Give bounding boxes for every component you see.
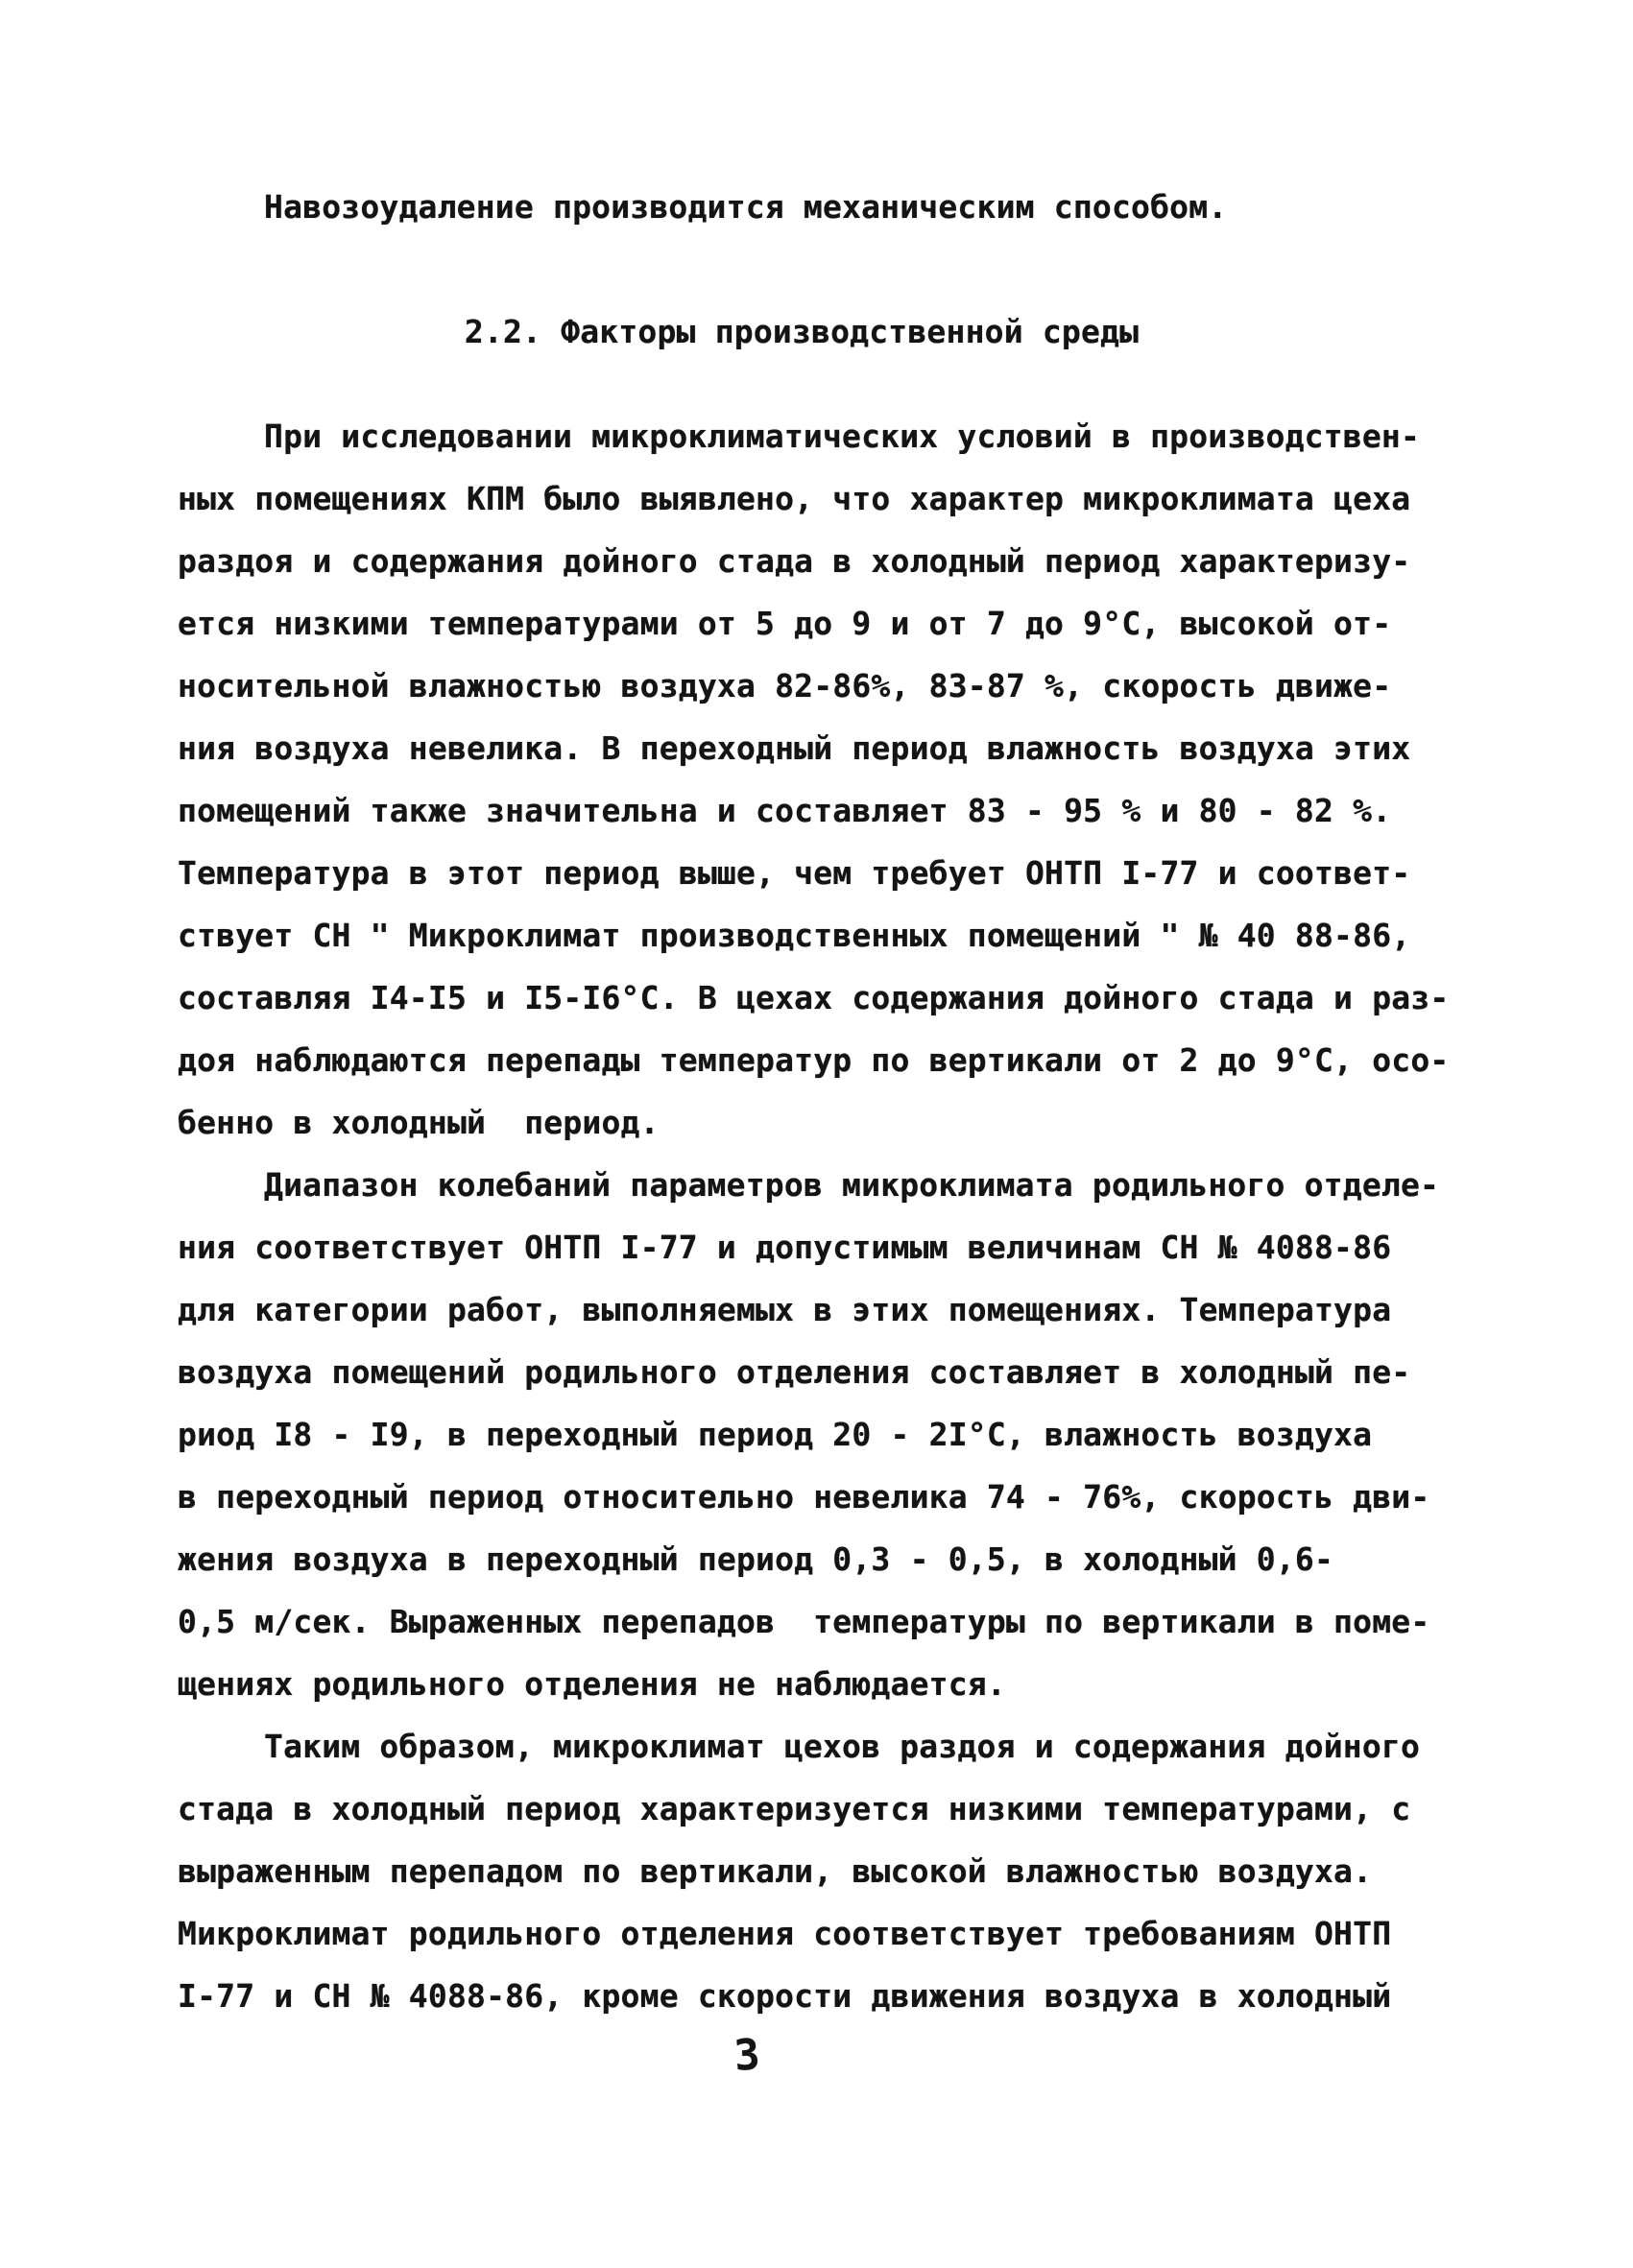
document-page: Навозоудаление производится механическим…	[0, 0, 1633, 2268]
text-line: щениях родильного отделения не наблюдает…	[178, 1653, 1454, 1715]
text-line: ется низкими температурами от 5 до 9 и о…	[178, 592, 1454, 655]
text-line: ствует СН " Микроклимат производственных…	[178, 904, 1454, 967]
section-heading: 2.2. Факторы производственной среды	[178, 309, 1426, 355]
text-line: выраженным перепадом по вертикали, высок…	[178, 1840, 1454, 1902]
text-line: для категории работ, выполняемых в этих …	[178, 1278, 1454, 1341]
text-line: ния воздуха невелика. В переходный перио…	[178, 717, 1454, 779]
page-number: 3	[732, 2026, 762, 2086]
text-line: 0,5 м/сек. Выраженных перепадов температ…	[178, 1590, 1454, 1653]
text-line: Диапазон колебаний параметров микроклима…	[178, 1154, 1454, 1216]
text-line: Таким образом, микроклимат цехов раздоя …	[178, 1715, 1454, 1778]
text-line: носительной влажностью воздуха 82-86%, 8…	[178, 655, 1454, 717]
text-line: Микроклимат родильного отделения соответ…	[178, 1902, 1454, 1965]
text-line: ния соответствует ОНТП I-77 и допустимым…	[178, 1216, 1454, 1278]
text-line: доя наблюдаются перепады температур по в…	[178, 1029, 1454, 1091]
text-line: I-77 и СН № 4088-86, кроме скорости движ…	[178, 1965, 1454, 2027]
text-line: воздуха помещений родильного отделения с…	[178, 1341, 1454, 1403]
text-line: жения воздуха в переходный период 0,3 - …	[178, 1528, 1454, 1590]
text-line: При исследовании микроклиматических усло…	[178, 405, 1454, 467]
text-line: бенно в холодный период.	[178, 1091, 1454, 1154]
text-line: составляя I4-I5 и I5-I6°С. В цехах содер…	[178, 967, 1454, 1029]
intro-paragraph-line: Навозоудаление производится механическим…	[178, 184, 1512, 230]
text-line: раздоя и содержания дойного стада в холо…	[178, 530, 1454, 592]
body-text-block: При исследовании микроклиматических усло…	[178, 405, 1454, 2027]
text-line: ных помещениях КПМ было выявлено, что ха…	[178, 467, 1454, 530]
text-line: стада в холодный период характеризуется …	[178, 1778, 1454, 1840]
text-line: риод I8 - I9, в переходный период 20 - 2…	[178, 1403, 1454, 1466]
text-line: в переходный период относительно невелик…	[178, 1466, 1454, 1528]
text-line: помещений также значительна и составляет…	[178, 779, 1454, 842]
text-line: Температура в этот период выше, чем треб…	[178, 842, 1454, 904]
